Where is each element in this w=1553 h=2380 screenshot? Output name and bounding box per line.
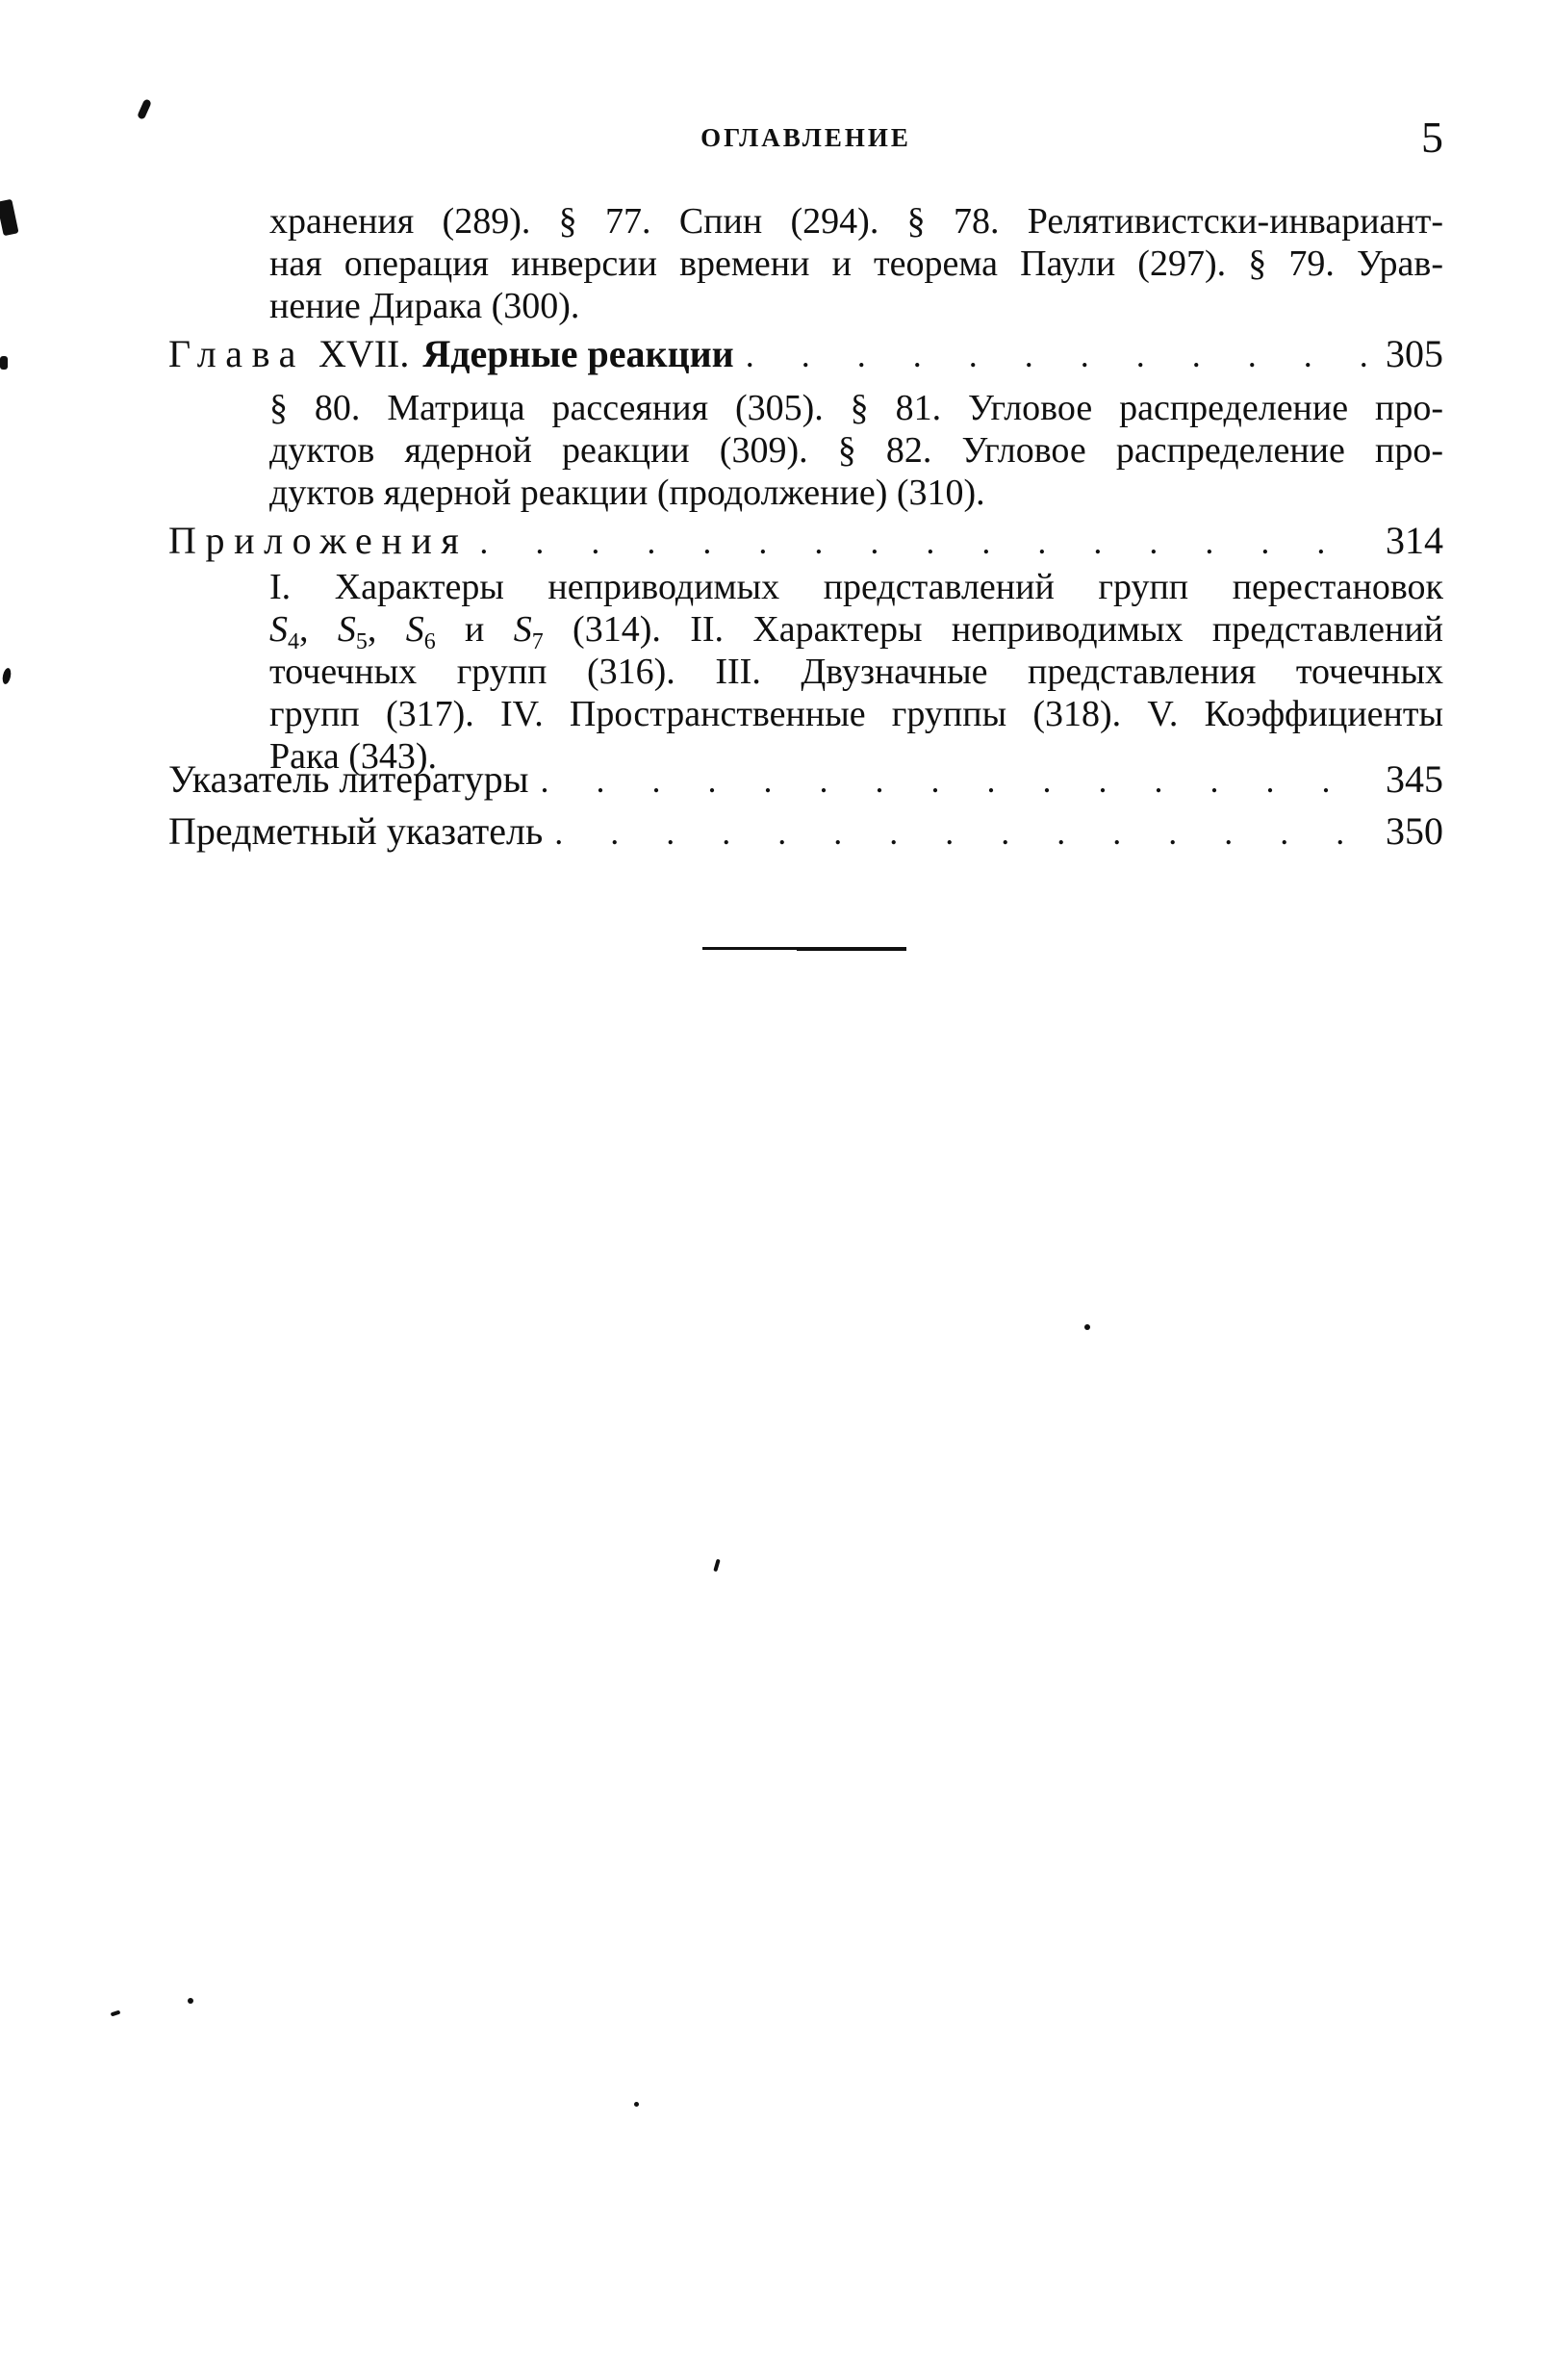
appendices-page-number: 314 — [1386, 518, 1443, 563]
scanned-toc-page: ОГЛАВЛЕНИЕ 5 хранения (289). § 77. Спин … — [0, 0, 1553, 2380]
chapter-page-number: 305 — [1386, 331, 1443, 376]
page-number: 5 — [1421, 112, 1443, 163]
scan-artifact — [111, 2010, 121, 2017]
appendices-list-paragraph: I. Характеры неприводимых представлений … — [269, 566, 1443, 778]
literature-index-page-number: 345 — [1386, 756, 1443, 802]
separator-text: , — [368, 609, 406, 650]
chapter-title: Ядерные реакции — [422, 331, 733, 376]
scan-artifact — [137, 98, 152, 119]
scan-artifact — [1084, 1324, 1090, 1330]
toc-text-line: дуктов ядерной реакции (309). § 82. Угло… — [269, 429, 1443, 472]
scan-artifact — [0, 356, 8, 370]
subject-index-page-number: 350 — [1386, 808, 1443, 854]
dot-leader: . . . . . . . . . . . . . . . . . . . . … — [554, 812, 1370, 853]
scan-artifact — [1, 667, 12, 684]
appendices-label: Приложения — [168, 518, 468, 563]
scan-artifact — [713, 1559, 720, 1573]
dot-leader: . . . . . . . . . . . . . . . . . . . . … — [541, 760, 1371, 801]
toc-text-line: ная операция инверсии времени и теорема … — [269, 243, 1443, 285]
subject-index-label: Предметный указатель — [168, 808, 543, 854]
toc-text-line: хранения (289). § 77. Спин (294). § 78. … — [269, 200, 1443, 243]
symbol-S: S — [406, 609, 424, 650]
dot-leader: . . . . . . . . . . . . . . . . . . . . … — [479, 522, 1370, 562]
chapter-numeral: XVII. — [318, 331, 409, 376]
scan-artifact — [188, 1998, 193, 2004]
toc-continuation-paragraph: хранения (289). § 77. Спин (294). § 78. … — [269, 200, 1443, 327]
dot-leader: . . . . . . . . . . . . . . . . . . . . … — [746, 335, 1370, 375]
chapter-17-sections-paragraph: § 80. Матрица рассеяния (305). § 81. Угл… — [269, 387, 1443, 514]
section-divider-rule — [702, 947, 906, 950]
symbol-S: S — [338, 609, 356, 650]
toc-entry-subject-index: Предметный указатель . . . . . . . . . .… — [168, 808, 1443, 854]
toc-text-line: I. Характеры неприводимых представлений … — [269, 566, 1443, 608]
toc-text-line: дуктов ядерной реакции (продолжение) (31… — [269, 472, 1443, 514]
toc-entry-chapter-17: Глава XVII. Ядерные реакции . . . . . . … — [168, 331, 1443, 376]
toc-text-line: точечных групп (316). III. Двузначные пр… — [269, 651, 1443, 693]
toc-text-line-with-symbols: S4, S5, S6 и S7 (314). II. Характеры неп… — [269, 608, 1443, 651]
toc-text-line: групп (317). IV. Пространственные группы… — [269, 693, 1443, 735]
symbol-S: S — [269, 609, 288, 650]
separator-text: и — [436, 609, 514, 650]
page-header: ОГЛАВЛЕНИЕ — [168, 123, 1443, 153]
symbol-S: S — [514, 609, 532, 650]
scan-artifact — [0, 199, 19, 237]
toc-text-line: нение Дирака (300). — [269, 285, 1443, 327]
line-rest-text: (314). II. Характеры неприводимых предст… — [544, 609, 1443, 650]
literature-index-label: Указатель литературы — [168, 756, 529, 802]
chapter-word-label: Глава — [168, 331, 305, 376]
toc-entry-literature-index: Указатель литературы . . . . . . . . . .… — [168, 756, 1443, 802]
toc-text-line: § 80. Матрица рассеяния (305). § 81. Угл… — [269, 387, 1443, 429]
separator-text: , — [299, 609, 338, 650]
scan-artifact — [634, 2102, 639, 2107]
toc-entry-appendices: Приложения . . . . . . . . . . . . . . .… — [168, 518, 1443, 563]
